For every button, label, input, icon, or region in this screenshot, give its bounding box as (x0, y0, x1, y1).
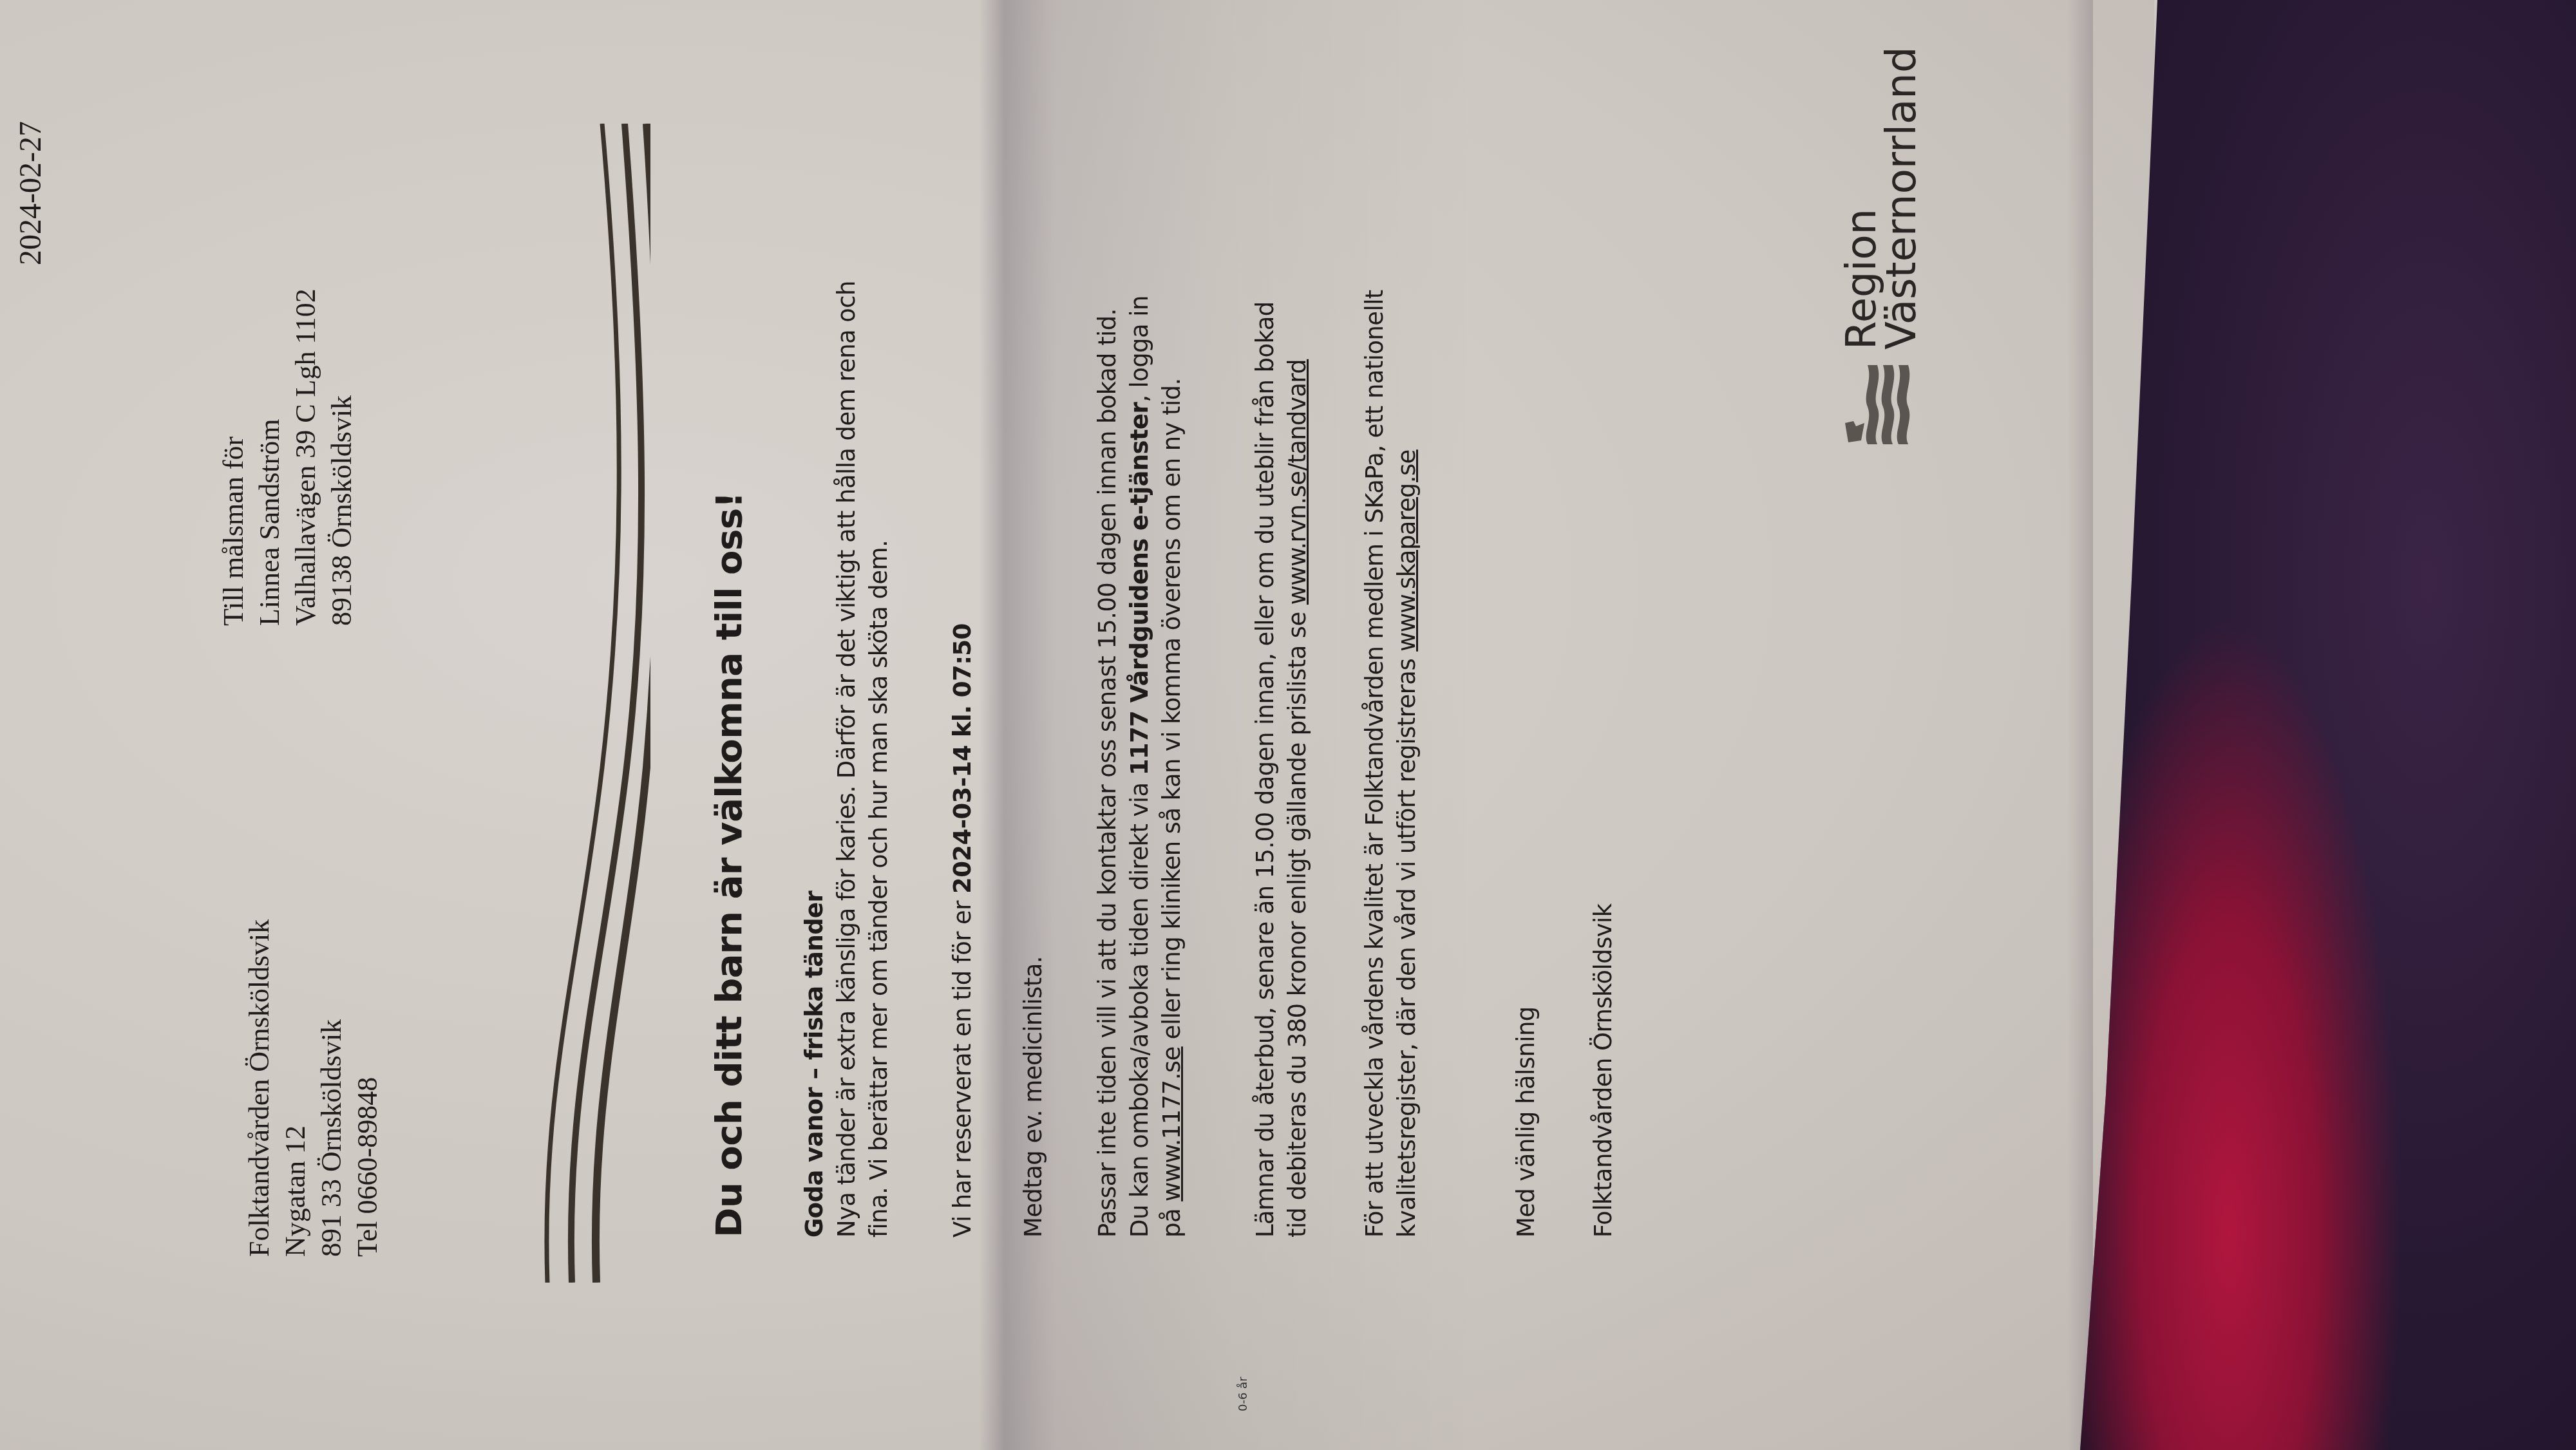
reschedule-info: Passar inte tiden vill vi att du kontakt… (1092, 272, 1188, 1238)
section-habits-text: Nya tänder är extra känsliga för karies.… (831, 272, 895, 1238)
wave-lines-decoration (541, 124, 650, 1283)
quality-info: För att utveckla vårdens kvalitet är Fol… (1359, 272, 1423, 1238)
fabric-background (2080, 0, 2576, 1450)
recipient-line: Till målsman för (216, 288, 252, 626)
letter: 2024-02-27 Folktandvården Örnsköldsvik N… (0, 0, 2154, 1450)
link-rvn-tandvard[interactable]: www.rvn.se/tandvard (1283, 359, 1311, 605)
link-skapareg[interactable]: www.skapareg.se (1393, 449, 1421, 652)
age-group-tag: 0-6 år (1236, 1377, 1250, 1411)
region-logo: Region Västernorrland (1842, 46, 1922, 446)
recipient-line: Valhallavägen 39 C Lgh 1102 (288, 288, 324, 626)
sender-line: 891 33 Örnsköldsvik (314, 919, 350, 1257)
recipient-line: 89138 Örnsköldsvik (324, 288, 360, 626)
bring-medicine-list: Medtag ev. medicinlista. (1018, 272, 1050, 1238)
appointment-prefix: Vi har reserverat en tid för er (949, 894, 976, 1238)
section-habits-heading: Goda vanor – friska tänder (799, 272, 831, 1238)
sender-address: Folktandvården Örnsköldsvik Nygatan 12 8… (241, 919, 386, 1257)
logo-line-region: Region (1842, 46, 1882, 349)
reschedule-eservice: 1177 Vårdguidens e-tjänster (1126, 402, 1153, 776)
sender-line: Nygatan 12 (278, 919, 314, 1257)
link-1177[interactable]: www.1177.se (1158, 1046, 1186, 1201)
region-vasternorrland-fish-waves-icon (1842, 362, 1922, 446)
sender-line: Folktandvården Örnsköldsvik (241, 919, 278, 1257)
letter-date: 2024-02-27 (13, 121, 48, 265)
quality-text: För att utveckla vårdens kvalitet är Fol… (1361, 290, 1421, 1238)
fee-info: Lämnar du återbud, senare än 15.00 dagen… (1249, 272, 1314, 1238)
sender-line: Tel 0660-89848 (350, 919, 386, 1257)
section-habits: Goda vanor – friska tänder Nya tänder är… (799, 272, 895, 1238)
letter-title: Du och ditt barn är välkomna till oss! (708, 492, 750, 1238)
recipient-address: Till målsman för Linnea Sandström Valhal… (216, 288, 360, 626)
logo-line-vasternorrland: Västernorrland (1882, 46, 1922, 349)
reschedule-text: eller ring kliniken så kan vi komma över… (1158, 378, 1186, 1046)
appointment-datetime: 2024-03-14 kl. 07:50 (949, 623, 976, 894)
closing-greeting: Med vänlig hälsning (1510, 272, 1542, 1238)
recipient-line: Linnea Sandström (252, 288, 288, 626)
signature: Folktandvården Örnsköldsvik (1587, 272, 1620, 1238)
appointment-info: Vi har reserverat en tid för er 2024-03-… (947, 272, 979, 1238)
